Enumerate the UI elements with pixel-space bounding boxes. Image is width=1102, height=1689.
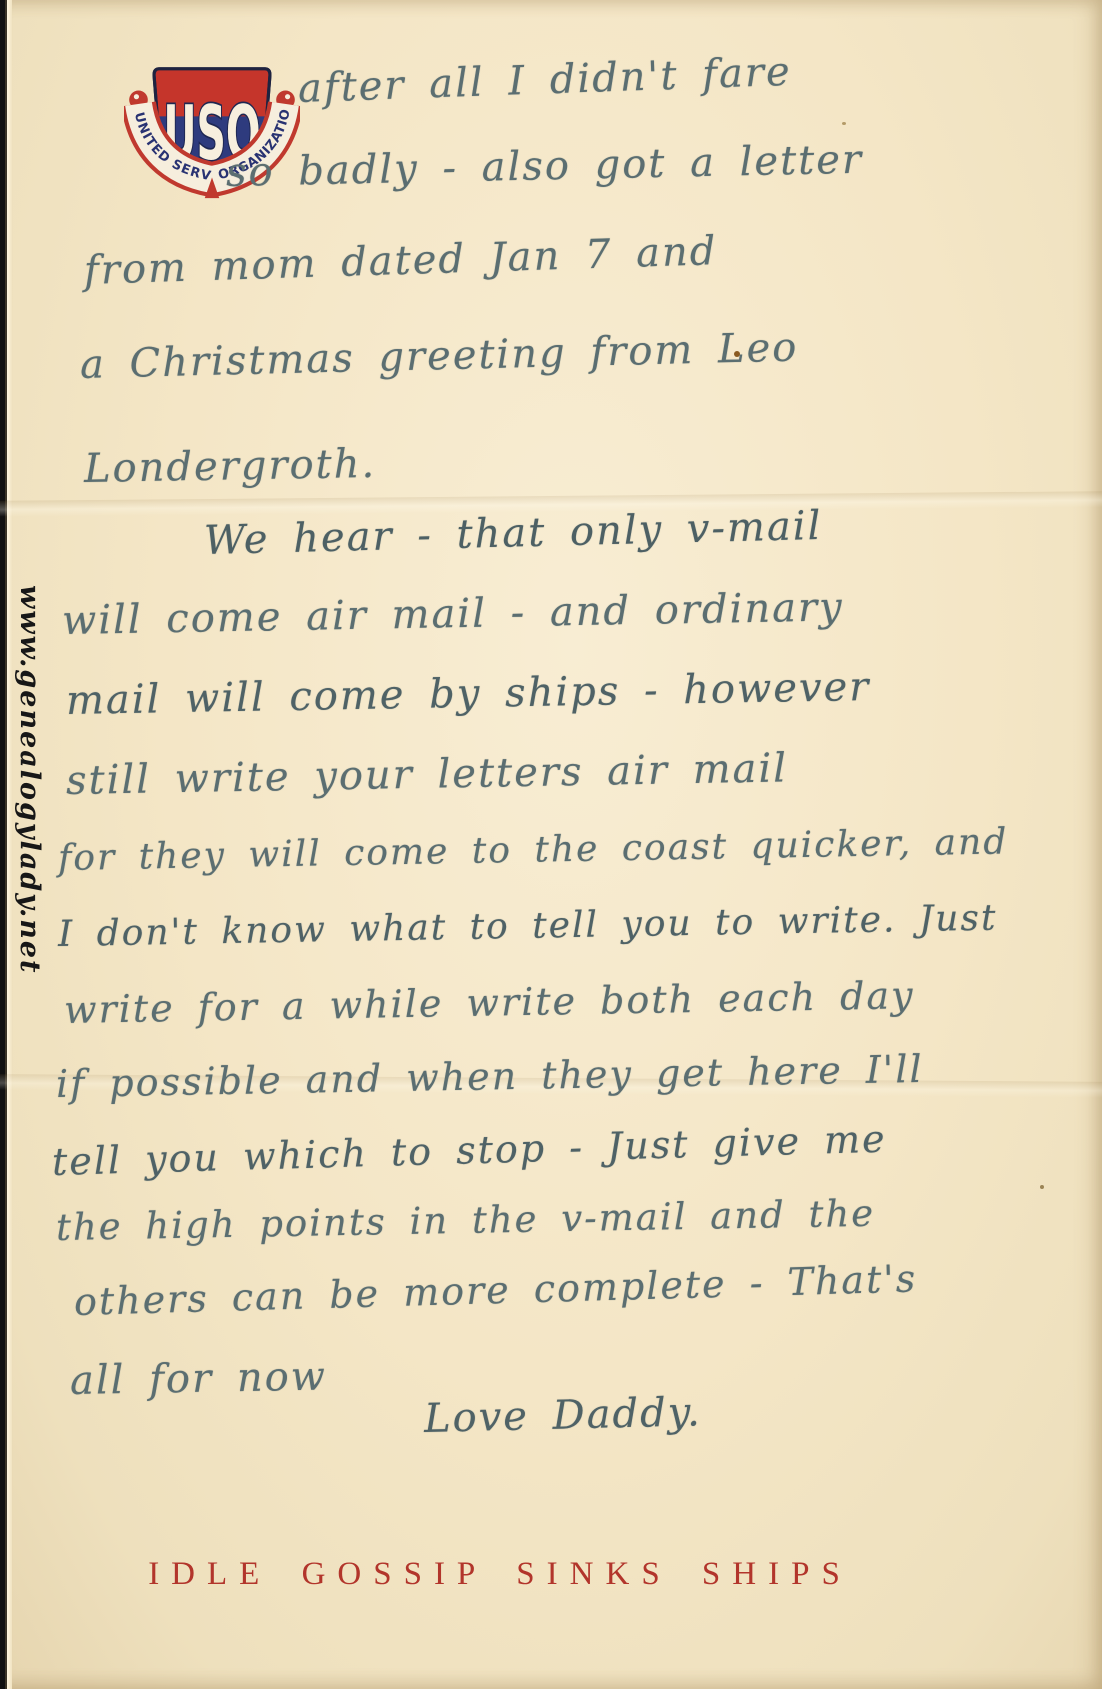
printed-slogan: IDLE GOSSIP SINKS SHIPS [0, 1556, 1000, 1593]
handwritten-signature: Love Daddy. [423, 1389, 702, 1442]
handwritten-line: the high points in the v-mail and the [56, 1192, 876, 1249]
handwritten-line: will come air mail - and ordinary [62, 584, 844, 644]
handwritten-line: so badly - also got a letter [226, 137, 864, 196]
handwritten-line: mail will come by ships - however [66, 664, 871, 724]
handwritten-line: a Christmas greeting from Leo [79, 324, 798, 388]
paper-edge-highlight [7, 0, 12, 1689]
handwritten-line: We hear - that only v-mail [203, 503, 822, 564]
handwritten-line: for they will come to the coast quicker,… [58, 821, 1009, 879]
handwritten-line: after all I didn't fare [297, 49, 792, 112]
scan-edge-left [0, 0, 7, 1689]
letter-scan-page: www.genealogylady.net USO UNITE [0, 0, 1102, 1689]
handwritten-line: all for now [70, 1354, 328, 1404]
paper-speck [1040, 1185, 1044, 1189]
handwritten-line: if possible and when they get here I'll [56, 1047, 924, 1106]
watermark-text: www.genealogylady.net [14, 585, 45, 975]
handwritten-line: still write your letters air mail [66, 745, 789, 804]
paper-speck [842, 122, 846, 125]
handwritten-line: Londergroth. [84, 441, 377, 492]
handwritten-line: others can be more complete - That's [73, 1256, 917, 1324]
handwritten-line: tell you which to stop - Just give me [51, 1117, 887, 1184]
handwritten-line: from mom dated Jan 7 and [83, 228, 718, 294]
handwritten-line: I don't know what to tell you to write. … [58, 898, 998, 955]
handwritten-line: write for a while write both each day [64, 973, 915, 1032]
